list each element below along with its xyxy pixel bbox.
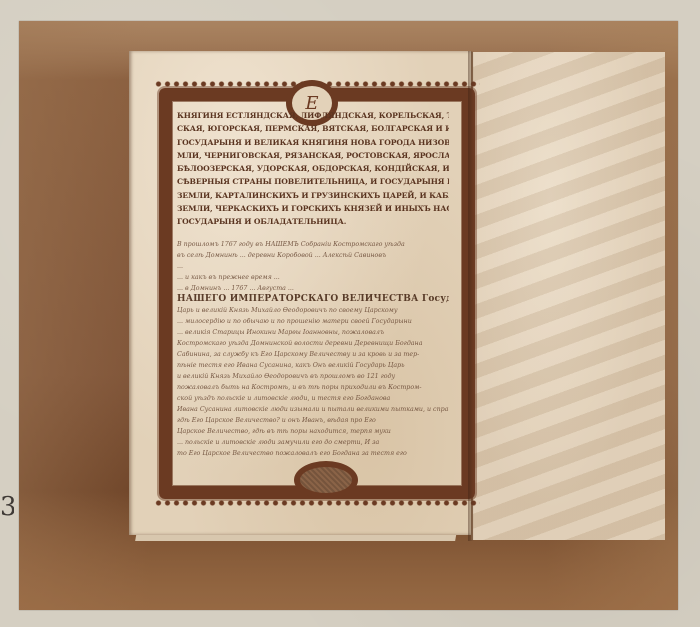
title-line: ГОСУДАРЫНЯ И ОБЛАДАТЕЛЬНИЦА. xyxy=(177,215,449,228)
title-line: БѢЛООЗЕРСКАЯ, УДОРСКАЯ, ОБДОРСКАЯ, КОНДІ… xyxy=(177,162,449,175)
title-line: СѢВЕРНЫЯ СТРАНЫ ПОВЕЛИТЕЛЬНИЦА, И ГОСУДА… xyxy=(177,175,449,188)
book-gutter-shadow xyxy=(468,51,474,541)
body-line: Сабинина, за службу къ Его Царскому Вели… xyxy=(177,349,449,360)
right-page-blank xyxy=(471,52,665,540)
body-line: Царское Величество, гдѣ въ тѣ поры наход… xyxy=(177,426,449,437)
body-line: въ селѣ Домнинѣ ... деревни Коробовой ..… xyxy=(177,250,449,261)
body-line: ... и какъ въ прежнее время ... xyxy=(177,272,449,283)
body-line: пожаловалъ быть на Костромѣ, и въ тѣ пор… xyxy=(177,382,449,393)
title-line: МЛИ, ЧЕРНИГОВСКАЯ, РЯЗАНСКАЯ, РОСТОВСКАЯ… xyxy=(177,149,449,162)
body-line: ской уѣздъ польскіе и литовскіе люди, и … xyxy=(177,393,449,404)
title-line: ГОСУДАРЫНЯ И ВЕЛИКАЯ КНЯГИНЯ НОВА ГОРОДА… xyxy=(177,136,449,149)
title-line: СКАЯ, ЮГОРСКАЯ, ПЕРМСКАЯ, ВЯТСКАЯ, БОЛГА… xyxy=(177,122,449,135)
body-line: пѣніе тестя его Ивана Сусанина, какъ Онъ… xyxy=(177,360,449,371)
body-line: Царь и великій Князь Михайло Ѳеодоровичъ… xyxy=(177,305,449,316)
body-line: и великій Князь Михайло Ѳеодоровичъ въ п… xyxy=(177,371,449,382)
title-line: КНЯГИНЯ ЕСТЛЯНДСКАЯ, ЛИФЛЯНДСКАЯ, КОРЕЛЬ… xyxy=(177,109,449,122)
photograph-print: Е КНЯГИНЯ ЕСТЛЯНДСКАЯ, ЛИФЛЯНДСКАЯ, КОРЕ… xyxy=(19,21,678,610)
body-line: ... великія Старицы Инокини Марѳы Іоанно… xyxy=(177,327,449,338)
body-line: ... в Домнинъ ... 1767 ... Августа ... xyxy=(177,283,449,294)
body-line: то Его Царское Величество пожаловалъ его… xyxy=(177,448,449,459)
body-line: Ивана Сусанина литовскіе люди изымали и … xyxy=(177,404,449,415)
mount-edge-mark: 3 xyxy=(0,494,14,520)
body-line: Костромскаго уѣзда Домнинской волости де… xyxy=(177,338,449,349)
body-line: ... милосердію и по обычаю и по прошенію… xyxy=(177,316,449,327)
title-line: ЗЕМЛИ, ЧЕРКАСКИХЪ И ГОРСКИХЪ КНЯЗЕЙ И ИН… xyxy=(177,202,449,215)
body-line: ... польскіе и литовскіе люди замучили е… xyxy=(177,437,449,448)
body-line: ... xyxy=(177,261,449,272)
title-line: ЗЕМЛИ, КАРТАЛИНСКИХЪ И ГРУЗИНСКИХЪ ЦАРЕЙ… xyxy=(177,189,449,202)
heading-line: НАШЕГО ИМПЕРАТОРСКАГО ВЕЛИЧЕСТВА Государ… xyxy=(177,294,449,305)
body-line: гдѣ Его Царское Величество? и онъ Иванъ,… xyxy=(177,415,449,426)
manuscript-text: КНЯГИНЯ ЕСТЛЯНДСКАЯ, ЛИФЛЯНДСКАЯ, КОРЕЛЬ… xyxy=(177,109,449,471)
body-line: В прошломъ 1767 году въ НАШЕМЪ Собраніи … xyxy=(177,239,449,250)
